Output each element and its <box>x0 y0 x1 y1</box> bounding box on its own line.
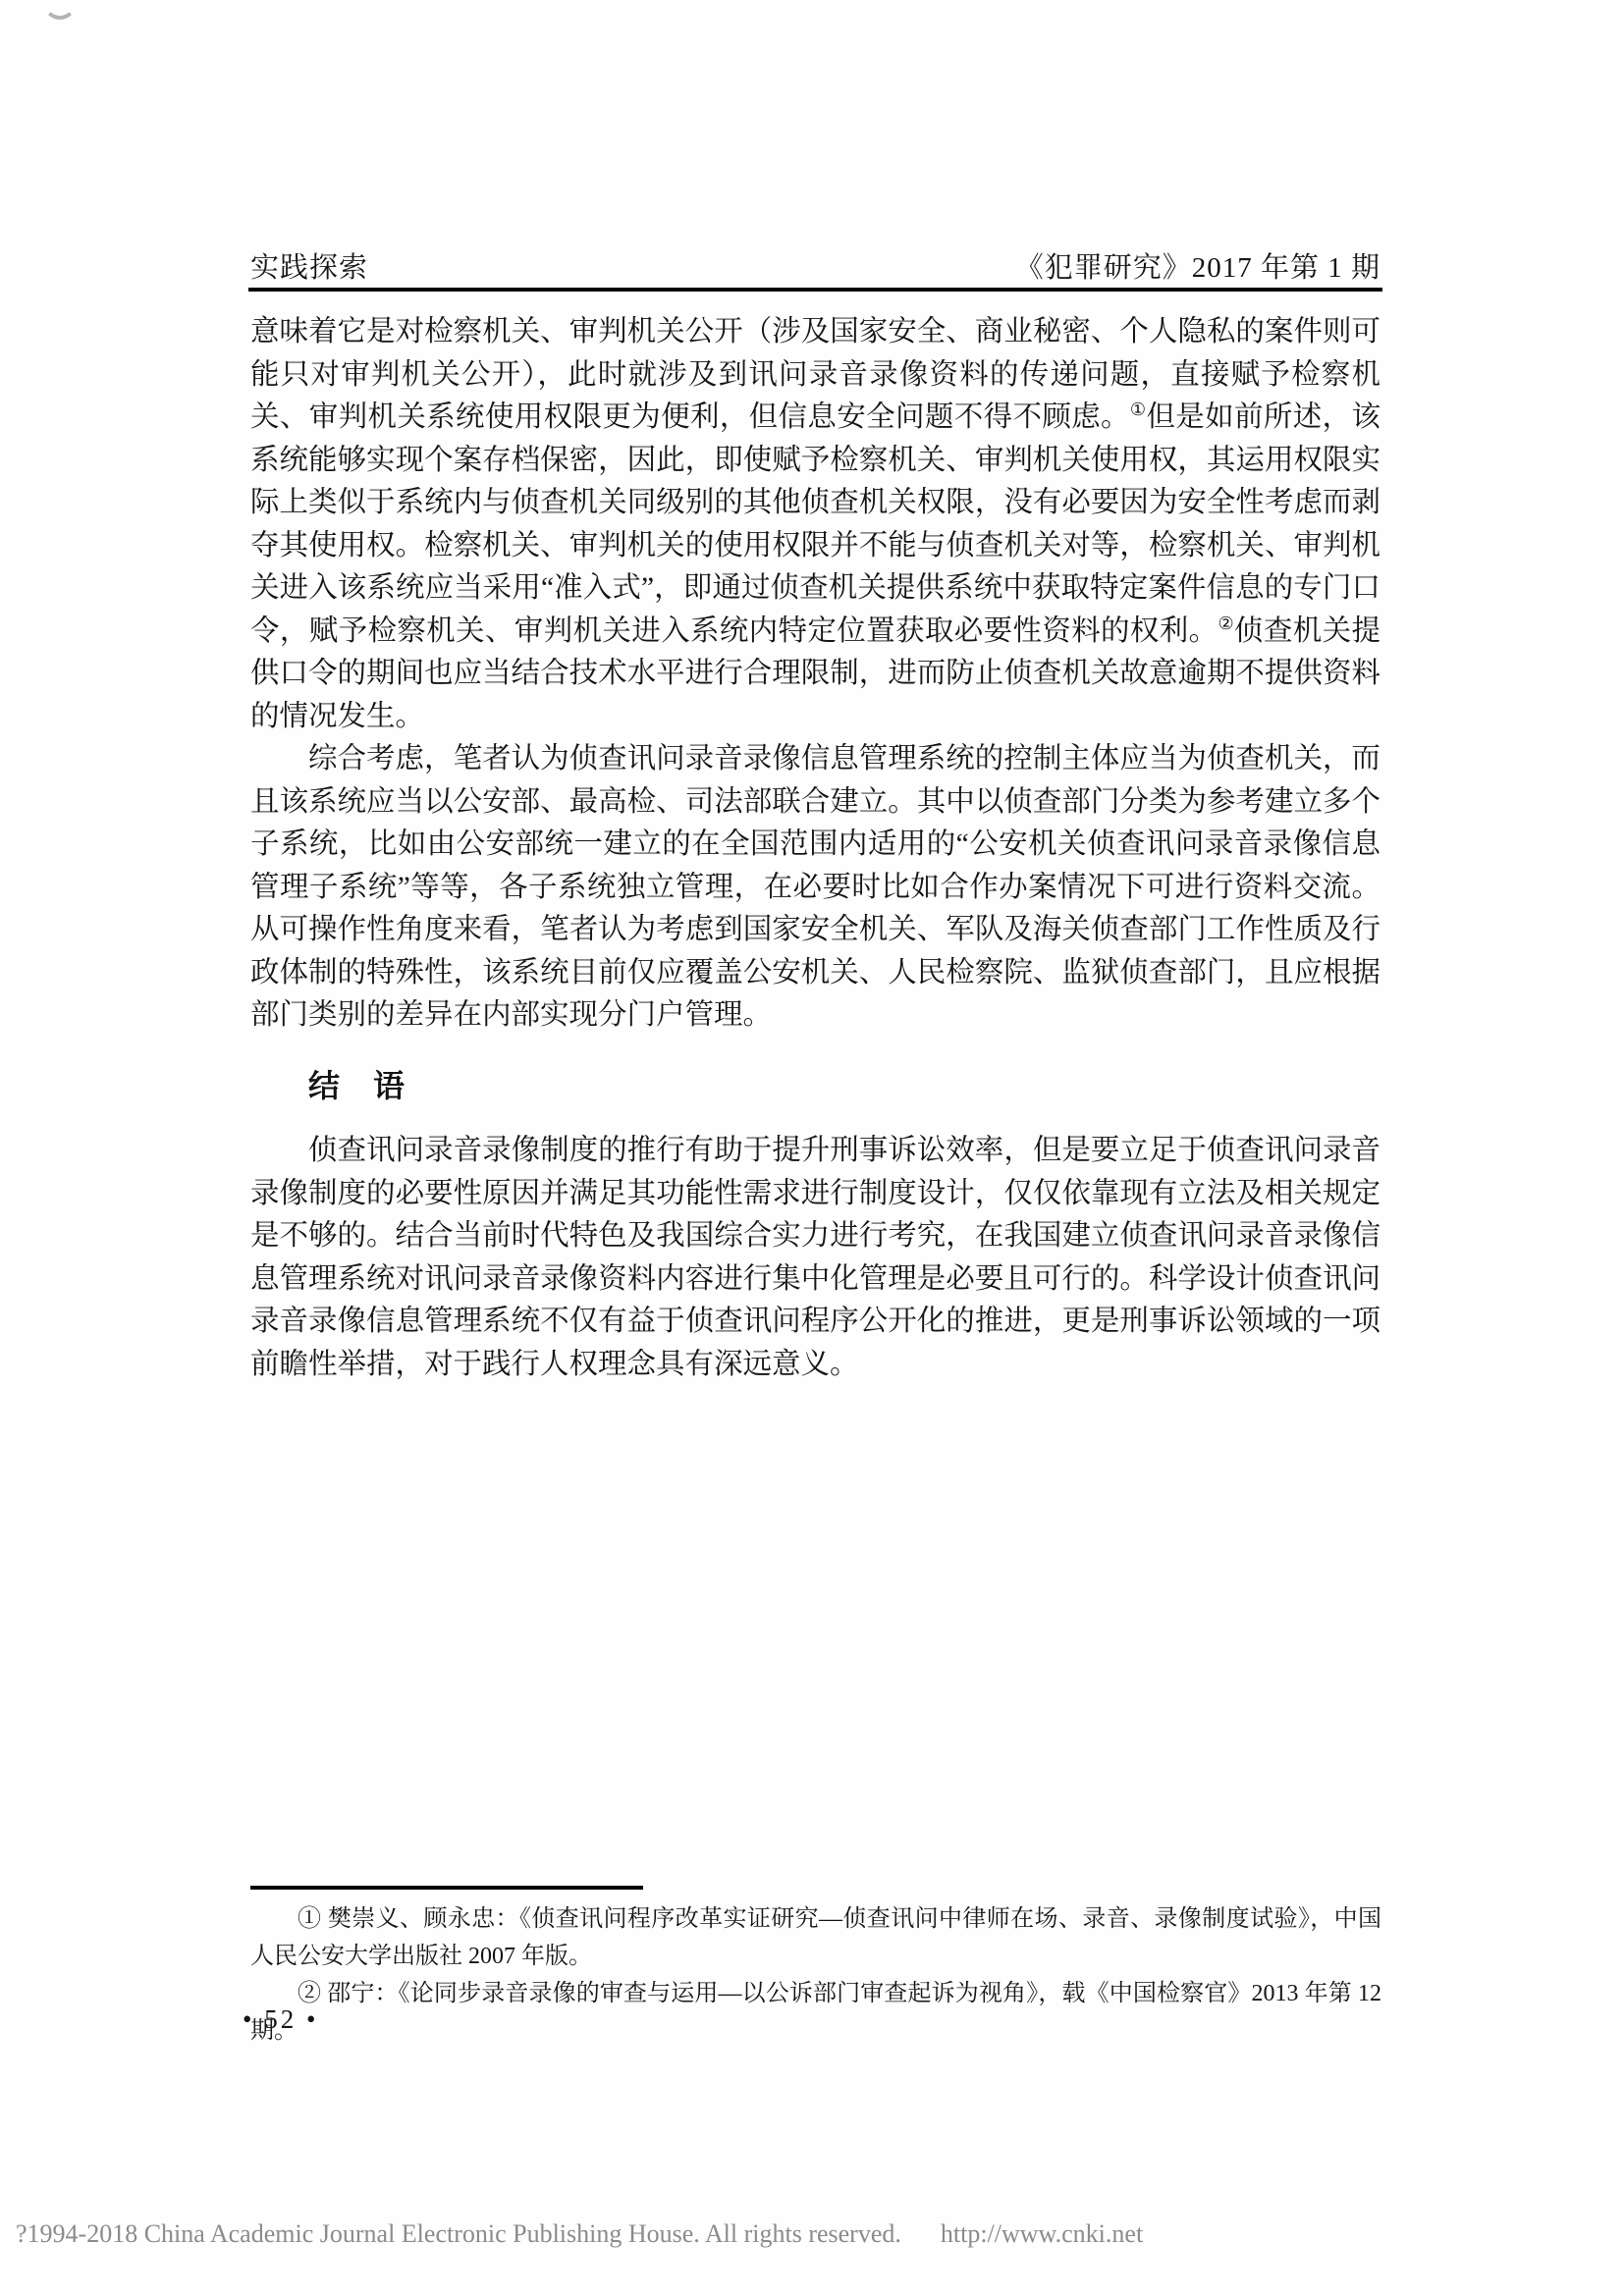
document-page: 实践探索 《犯罪研究》2017 年第 1 期 意味着它是对检察机关、审判机关公开… <box>0 0 1624 2296</box>
paragraph: 综合考虑，笔者认为侦查讯问录音录像信息管理系统的控制主体应当为侦查机关，而且该系… <box>250 738 1380 1038</box>
footnote-item: ② 邵宁：《论同步录音录像的审查与运用—以公诉部门审查起诉为视角》，载《中国检察… <box>250 1975 1381 2050</box>
footnote-rule <box>250 1886 643 1890</box>
header-section-label: 实践探索 <box>250 245 368 286</box>
paragraph-text: 但是如前所述，该系统能够实现个案存档保密，因此，即使赋予检察机关、审判机关使用权… <box>250 401 1380 647</box>
header-rule <box>248 288 1382 292</box>
footnote-ref: ① <box>1130 400 1147 419</box>
footnote-text: 邵宁：《论同步录音录像的审查与运用—以公诉部门审查起诉为视角》，载《中国检察官》… <box>250 1981 1381 2044</box>
footnotes: ① 樊崇义、顾永忠：《侦查讯问程序改革实证研究—侦查讯问中律师在场、录音、录像制… <box>250 1900 1381 2050</box>
footnote-item: ① 樊崇义、顾永忠：《侦查讯问程序改革实证研究—侦查讯问中律师在场、录音、录像制… <box>250 1900 1381 1975</box>
paragraph: 侦查讯问录音录像制度的推行有助于提升刑事诉讼效率，但是要立足于侦查讯问录音录像制… <box>250 1130 1380 1386</box>
footnote-text: 樊崇义、顾永忠：《侦查讯问程序改革实证研究—侦查讯问中律师在场、录音、录像制度试… <box>250 1906 1381 1969</box>
section-heading: 结 语 <box>308 1065 1380 1108</box>
cnki-watermark: ?1994-2018 China Academic Journal Electr… <box>16 2219 1143 2249</box>
watermark-text: ?1994-2018 China Academic Journal Electr… <box>16 2219 901 2248</box>
article-body: 意味着它是对检察机关、审判机关公开（涉及国家安全、商业秘密、个人隐私的案件则可能… <box>250 311 1380 1386</box>
header-journal-info: 《犯罪研究》2017 年第 1 期 <box>1015 245 1380 286</box>
paragraph: 意味着它是对检察机关、审判机关公开（涉及国家安全、商业秘密、个人隐私的案件则可能… <box>250 311 1380 738</box>
footnote-marker: ② <box>298 1981 321 2006</box>
page-header: 实践探索 《犯罪研究》2017 年第 1 期 <box>250 245 1380 286</box>
page-number: • 52 • <box>243 2004 318 2035</box>
scan-artifact-icon <box>43 0 77 20</box>
watermark-url: http://www.cnki.net <box>941 2219 1143 2248</box>
paragraph-text: 综合考虑，笔者认为侦查讯问录音录像信息管理系统的控制主体应当为侦查机关，而且该系… <box>250 743 1380 1031</box>
footnote-ref: ② <box>1218 614 1235 633</box>
paragraph-text: 侦查讯问录音录像制度的推行有助于提升刑事诉讼效率，但是要立足于侦查讯问录音录像制… <box>250 1135 1380 1380</box>
footnote-marker: ① <box>298 1906 321 1932</box>
